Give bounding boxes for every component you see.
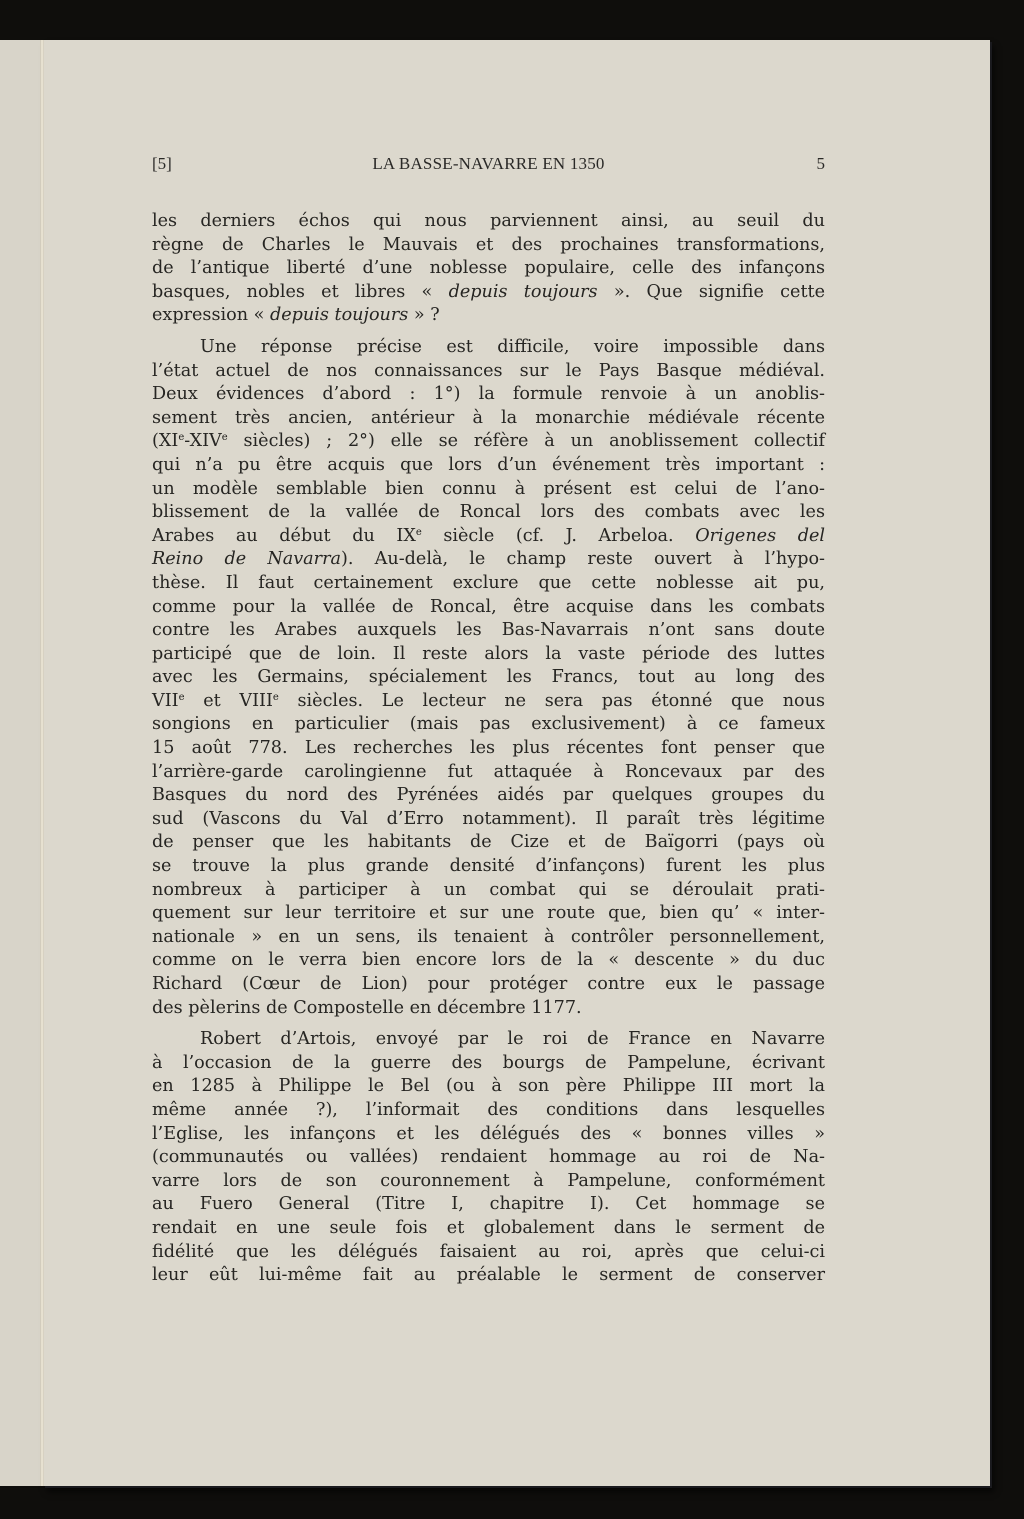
- text-line: à l’occasion de la guerre des bourgs de …: [152, 1052, 825, 1076]
- text-line: l’Eglise, les infançons et les délégués …: [152, 1123, 825, 1147]
- page-number: 5: [817, 154, 826, 174]
- text-line: sud (Vascons du Val d’Erro notamment). I…: [152, 808, 825, 832]
- text-line: Arabes au début du IXe siècle (cf. J. Ar…: [152, 525, 825, 549]
- text-line: avec les Germains, spécialement les Fran…: [152, 666, 825, 690]
- text-line: un modèle semblable bien connu à présent…: [152, 478, 825, 502]
- running-title: LA BASSE-NAVARRE EN 1350: [152, 154, 825, 174]
- body-text: les derniers échos qui nous parviennent …: [152, 210, 825, 1288]
- text-line: règne de Charles le Mauvais et des proch…: [152, 234, 825, 258]
- page-gutter-fold: [40, 40, 44, 1486]
- text-line: l’arrière-garde carolingienne fut attaqu…: [152, 761, 825, 785]
- text-line: Robert d’Artois, envoyé par le roi de Fr…: [152, 1028, 825, 1052]
- text-line: Reino de Navarra). Au-delà, le champ res…: [152, 548, 825, 572]
- text-line: de l’antique liberté d’une noblesse popu…: [152, 257, 825, 281]
- text-line: au Fuero General (Titre I, chapitre I). …: [152, 1193, 825, 1217]
- text-line: expression « depuis toujours » ?: [152, 304, 825, 328]
- facing-page-edge: [0, 40, 43, 1486]
- text-line: nationale » en un sens, ils tenaient à c…: [152, 926, 825, 950]
- text-line: leur eût lui-même fait au préalable le s…: [152, 1264, 825, 1288]
- text-line: thèse. Il faut certainement exclure que …: [152, 572, 825, 596]
- text-line: comme pour la vallée de Roncal, être acq…: [152, 596, 825, 620]
- text-line: Basques du nord des Pyrénées aidés par q…: [152, 784, 825, 808]
- text-line: contre les Arabes auxquels les Bas-Navar…: [152, 619, 825, 643]
- text-line: (XIe-XIVe siècles) ; 2°) elle se réfère …: [152, 430, 825, 454]
- text-line: comme on le verra bien encore lors de la…: [152, 949, 825, 973]
- paragraph-gap: [152, 328, 825, 336]
- text-line: VIIe et VIIIe siècles. Le lecteur ne ser…: [152, 690, 825, 714]
- text-line: varre lors de son couronnement à Pampelu…: [152, 1170, 825, 1194]
- text-line: Deux évidences d’abord : 1°) la formule …: [152, 383, 825, 407]
- text-line: quement sur leur territoire et sur une r…: [152, 902, 825, 926]
- text-line: 15 août 778. Les recherches les plus réc…: [152, 737, 825, 761]
- text-line: qui n’a pu être acquis que lors d’un évé…: [152, 454, 825, 478]
- text-line: sement très ancien, antérieur à la monar…: [152, 407, 825, 431]
- paragraph-p1: les derniers échos qui nous parviennent …: [152, 210, 825, 328]
- text-line: fidélité que les délégués faisaient au r…: [152, 1241, 825, 1265]
- running-head: [5] LA BASSE-NAVARRE EN 1350 5: [152, 154, 825, 178]
- text-line: (communautés ou vallées) rendaient homma…: [152, 1146, 825, 1170]
- text-line: rendait en une seule fois et globalement…: [152, 1217, 825, 1241]
- text-line: participé que de loin. Il reste alors la…: [152, 643, 825, 667]
- paragraph-p3: Robert d’Artois, envoyé par le roi de Fr…: [152, 1028, 825, 1288]
- text-line: en 1285 à Philippe le Bel (ou à son père…: [152, 1075, 825, 1099]
- text-line: blissement de la vallée de Roncal lors d…: [152, 501, 825, 525]
- text-line: se trouve la plus grande densité d’infan…: [152, 855, 825, 879]
- text-line: de penser que les habitants de Cize et d…: [152, 831, 825, 855]
- paragraph-p2: Une réponse précise est difficile, voire…: [152, 336, 825, 1020]
- paragraph-gap: [152, 1020, 825, 1028]
- text-line: les derniers échos qui nous parviennent …: [152, 210, 825, 234]
- text-line: songions en particulier (mais pas exclus…: [152, 713, 825, 737]
- text-line: basques, nobles et libres « depuis toujo…: [152, 281, 825, 305]
- text-line: des pèlerins de Compostelle en décembre …: [152, 997, 825, 1021]
- text-line: même année ?), l’informait des condition…: [152, 1099, 825, 1123]
- text-line: Richard (Cœur de Lion) pour protéger con…: [152, 973, 825, 997]
- text-line: l’état actuel de nos connaissances sur l…: [152, 360, 825, 384]
- text-line: nombreux à participer à un combat qui se…: [152, 879, 825, 903]
- scanned-book-spread: [5] LA BASSE-NAVARRE EN 1350 5 les derni…: [0, 0, 1024, 1519]
- text-line: Une réponse précise est difficile, voire…: [152, 336, 825, 360]
